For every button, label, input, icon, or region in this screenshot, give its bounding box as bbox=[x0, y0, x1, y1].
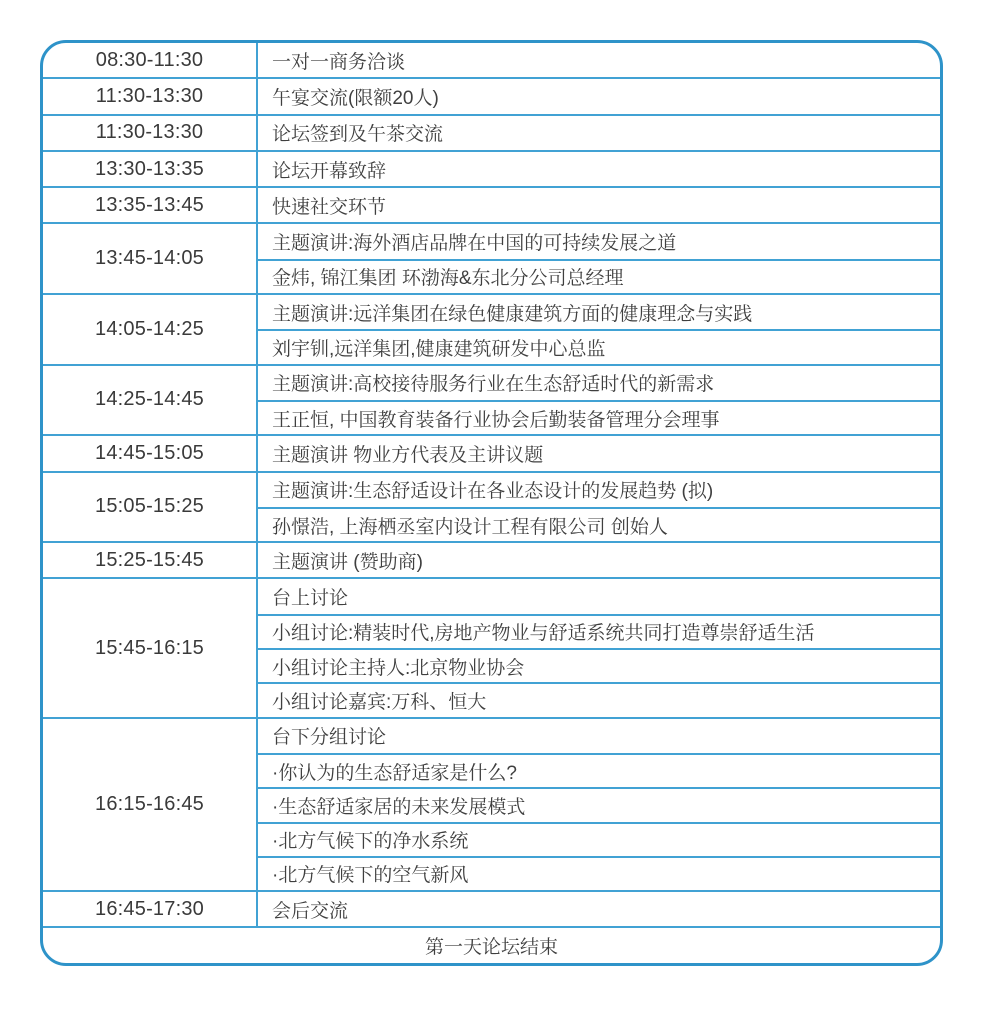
schedule-table: 08:30-11:30一对一商务洽谈11:30-13:30午宴交流(限额20人)… bbox=[40, 40, 943, 966]
time-cell: 16:15-16:45 bbox=[43, 719, 258, 890]
schedule-row: 15:45-16:15台上讨论小组讨论:精装时代,房地产物业与舒适系统共同打造尊… bbox=[43, 577, 940, 716]
schedule-row: 15:05-15:25主题演讲:生态舒适设计在各业态设计的发展趋势 (拟)孙憬浩… bbox=[43, 471, 940, 542]
time-cell: 11:30-13:30 bbox=[43, 116, 258, 150]
time-cell: 14:05-14:25 bbox=[43, 295, 258, 364]
agenda-line: ·北方气候下的净水系统 bbox=[258, 822, 940, 856]
content-cell: 主题演讲:远洋集团在绿色健康建筑方面的健康理念与实践刘宇钏,远洋集团,健康建筑研… bbox=[258, 295, 940, 364]
agenda-line: 主题演讲 (赞助商) bbox=[258, 543, 940, 577]
content-cell: 午宴交流(限额20人) bbox=[258, 79, 940, 113]
agenda-line: 小组讨论主持人:北京物业协会 bbox=[258, 648, 940, 682]
content-cell: 论坛签到及午茶交流 bbox=[258, 116, 940, 150]
agenda-line: 金炜, 锦江集团 环渤海&东北分公司总经理 bbox=[258, 259, 940, 293]
schedule-row: 16:15-16:45台下分组讨论·你认为的生态舒适家是什么?·生态舒适家居的未… bbox=[43, 717, 940, 890]
agenda-line: ·生态舒适家居的未来发展模式 bbox=[258, 787, 940, 821]
agenda-line: 台上讨论 bbox=[258, 579, 940, 613]
agenda-line: 午宴交流(限额20人) bbox=[258, 79, 940, 113]
agenda-line: ·你认为的生态舒适家是什么? bbox=[258, 753, 940, 787]
agenda-line: 主题演讲:远洋集团在绿色健康建筑方面的健康理念与实践 bbox=[258, 295, 940, 329]
content-cell: 台上讨论小组讨论:精装时代,房地产物业与舒适系统共同打造尊崇舒适生活小组讨论主持… bbox=[258, 579, 940, 716]
agenda-line: 会后交流 bbox=[258, 892, 940, 926]
agenda-line: 主题演讲:生态舒适设计在各业态设计的发展趋势 (拟) bbox=[258, 473, 940, 507]
time-cell: 14:25-14:45 bbox=[43, 366, 258, 435]
time-cell: 08:30-11:30 bbox=[43, 43, 258, 77]
schedule-row: 11:30-13:30午宴交流(限额20人) bbox=[43, 77, 940, 113]
content-cell: 主题演讲:海外酒店品牌在中国的可持续发展之道金炜, 锦江集团 环渤海&东北分公司… bbox=[258, 224, 940, 293]
content-cell: 一对一商务洽谈 bbox=[258, 43, 940, 77]
time-cell: 14:45-15:05 bbox=[43, 436, 258, 470]
content-cell: 主题演讲 物业方代表及主讲议题 bbox=[258, 436, 940, 470]
content-cell: 主题演讲 (赞助商) bbox=[258, 543, 940, 577]
schedule-row: 16:45-17:30会后交流 bbox=[43, 890, 940, 926]
schedule-row: 13:30-13:35论坛开幕致辞 bbox=[43, 150, 940, 186]
schedule-row: 08:30-11:30一对一商务洽谈 bbox=[43, 43, 940, 77]
agenda-line: 主题演讲:海外酒店品牌在中国的可持续发展之道 bbox=[258, 224, 940, 258]
time-cell: 15:05-15:25 bbox=[43, 473, 258, 542]
footer-text: 第一天论坛结束 bbox=[425, 932, 558, 959]
time-cell: 15:25-15:45 bbox=[43, 543, 258, 577]
agenda-line: 孙憬浩, 上海栖丞室内设计工程有限公司 创始人 bbox=[258, 507, 940, 541]
content-cell: 快速社交环节 bbox=[258, 188, 940, 222]
time-cell: 13:35-13:45 bbox=[43, 188, 258, 222]
agenda-line: 刘宇钏,远洋集团,健康建筑研发中心总监 bbox=[258, 329, 940, 363]
schedule-row: 11:30-13:30论坛签到及午茶交流 bbox=[43, 114, 940, 150]
time-cell: 11:30-13:30 bbox=[43, 79, 258, 113]
agenda-line: 论坛开幕致辞 bbox=[258, 152, 940, 186]
schedule-row: 14:05-14:25主题演讲:远洋集团在绿色健康建筑方面的健康理念与实践刘宇钏… bbox=[43, 293, 940, 364]
footer-row: 第一天论坛结束 bbox=[43, 926, 940, 963]
agenda-line: 小组讨论:精装时代,房地产物业与舒适系统共同打造尊崇舒适生活 bbox=[258, 614, 940, 648]
agenda-line: 快速社交环节 bbox=[258, 188, 940, 222]
agenda-line: 论坛签到及午茶交流 bbox=[258, 116, 940, 150]
time-cell: 16:45-17:30 bbox=[43, 892, 258, 926]
schedule-row: 14:25-14:45主题演讲:高校接待服务行业在生态舒适时代的新需求王正恒, … bbox=[43, 364, 940, 435]
time-cell: 13:30-13:35 bbox=[43, 152, 258, 186]
agenda-line: ·北方气候下的空气新风 bbox=[258, 856, 940, 890]
content-cell: 主题演讲:生态舒适设计在各业态设计的发展趋势 (拟)孙憬浩, 上海栖丞室内设计工… bbox=[258, 473, 940, 542]
schedule-row: 14:45-15:05主题演讲 物业方代表及主讲议题 bbox=[43, 434, 940, 470]
agenda-line: 主题演讲:高校接待服务行业在生态舒适时代的新需求 bbox=[258, 366, 940, 400]
content-cell: 会后交流 bbox=[258, 892, 940, 926]
agenda-line: 一对一商务洽谈 bbox=[258, 43, 940, 77]
schedule-row: 13:35-13:45快速社交环节 bbox=[43, 186, 940, 222]
content-cell: 主题演讲:高校接待服务行业在生态舒适时代的新需求王正恒, 中国教育装备行业协会后… bbox=[258, 366, 940, 435]
agenda-line: 主题演讲 物业方代表及主讲议题 bbox=[258, 436, 940, 470]
schedule-row: 13:45-14:05主题演讲:海外酒店品牌在中国的可持续发展之道金炜, 锦江集… bbox=[43, 222, 940, 293]
agenda-line: 台下分组讨论 bbox=[258, 719, 940, 753]
content-cell: 论坛开幕致辞 bbox=[258, 152, 940, 186]
time-cell: 15:45-16:15 bbox=[43, 579, 258, 716]
content-cell: 台下分组讨论·你认为的生态舒适家是什么?·生态舒适家居的未来发展模式·北方气候下… bbox=[258, 719, 940, 890]
time-cell: 13:45-14:05 bbox=[43, 224, 258, 293]
schedule-rows: 08:30-11:30一对一商务洽谈11:30-13:30午宴交流(限额20人)… bbox=[43, 43, 940, 926]
agenda-line: 小组讨论嘉宾:万科、恒大 bbox=[258, 682, 940, 716]
schedule-row: 15:25-15:45主题演讲 (赞助商) bbox=[43, 541, 940, 577]
agenda-line: 王正恒, 中国教育装备行业协会后勤装备管理分会理事 bbox=[258, 400, 940, 434]
